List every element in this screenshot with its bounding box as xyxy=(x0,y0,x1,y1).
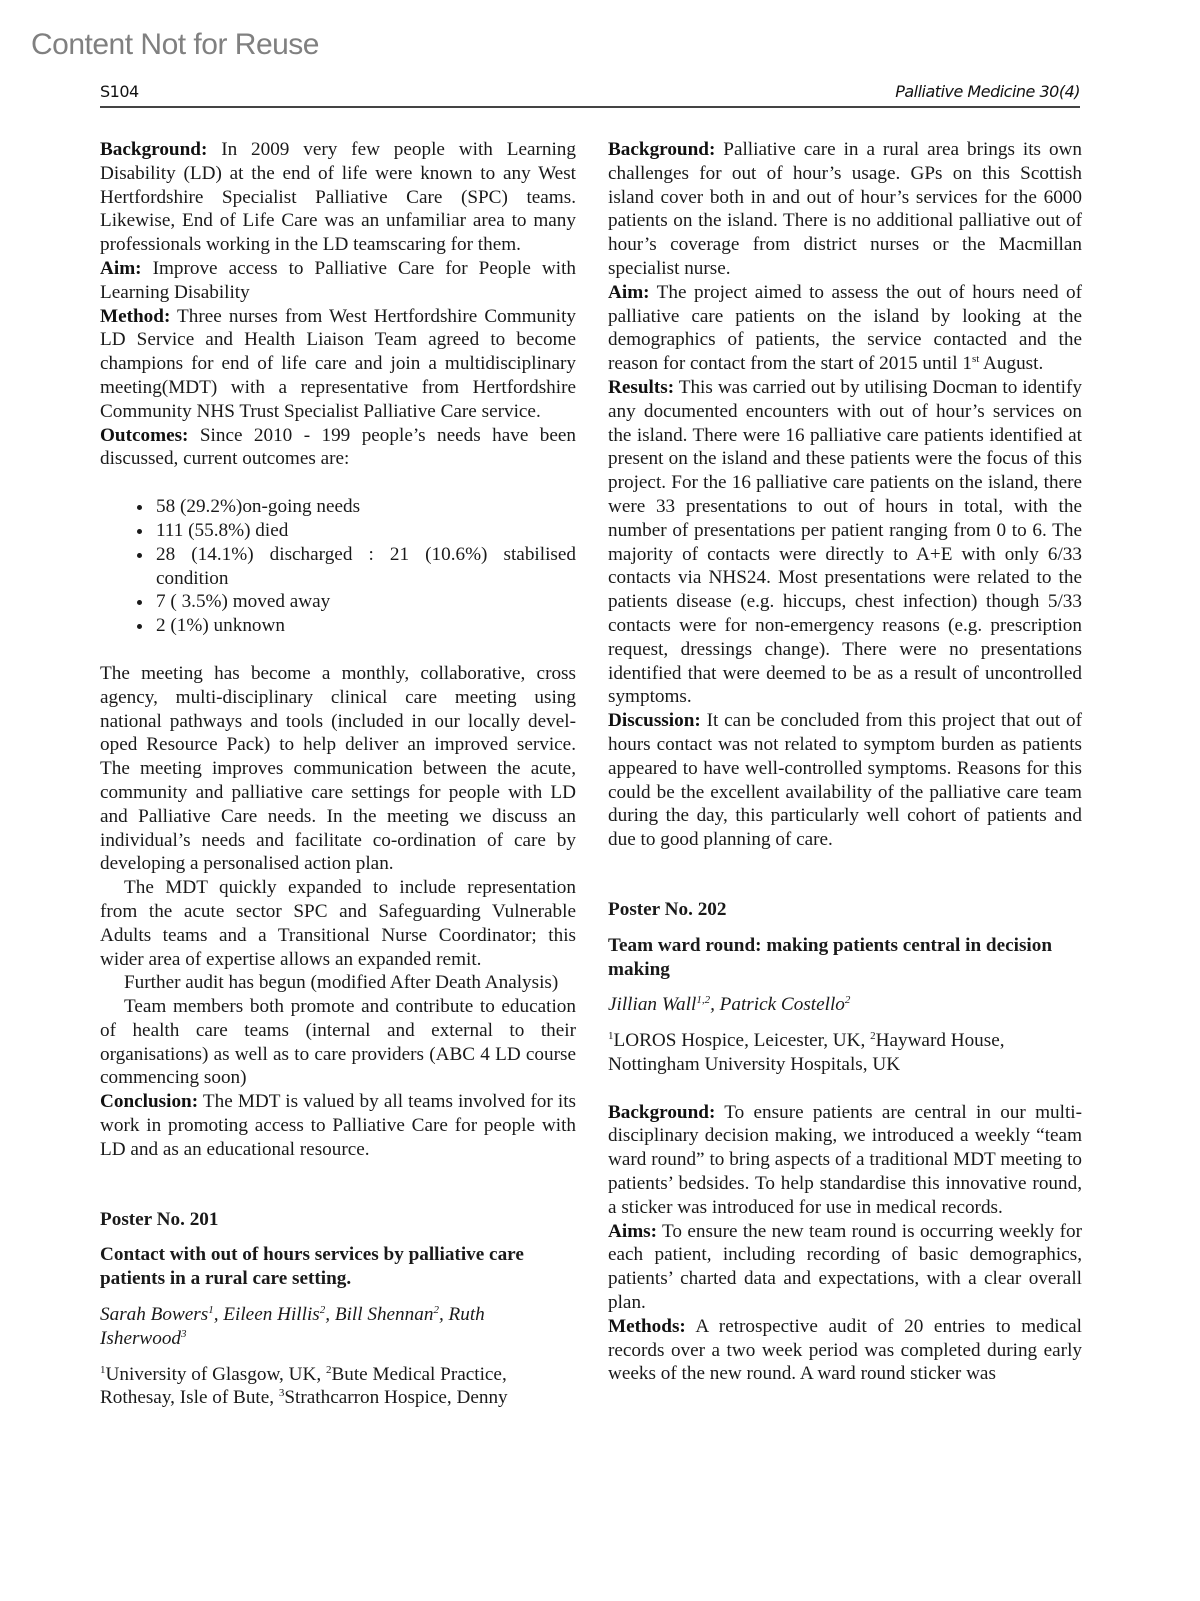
conclusion-section: Conclusion: The MDT is valued by all tea… xyxy=(100,1090,576,1161)
section-label: Aim: xyxy=(100,258,142,279)
team-paragraph: Team members both promote and contribute… xyxy=(100,995,576,1090)
author-name: Eileen Hillis xyxy=(223,1304,319,1325)
section-label: Background: xyxy=(100,139,207,160)
background-section: Background: To ensure patients are centr… xyxy=(608,1101,1082,1220)
section-label: Method: xyxy=(100,306,170,327)
section-label: Conclusion: xyxy=(100,1091,198,1112)
outcomes-section: Outcomes: Since 2010 - 199 people’s need… xyxy=(100,424,576,472)
section-text: This was carried out by utilising Docman… xyxy=(608,377,1082,707)
separator: , xyxy=(214,1304,224,1325)
list-item: 28 (14.1%) discharged : 21 (10.6%) stabi… xyxy=(154,543,576,591)
section-text: Improve access to Palliative Care for Pe… xyxy=(100,258,576,303)
author-affil-mark: 2 xyxy=(845,994,851,1006)
section-text: August. xyxy=(979,353,1043,374)
affiliations: 1LOROS Hospice, Leicester, UK, 2Hayward … xyxy=(608,1029,1082,1077)
background-section: Background: Palliative care in a rural a… xyxy=(608,138,1082,281)
poster-number: Poster No. 202 xyxy=(608,898,1082,922)
methods-section: Methods: A retrospective audit of 20 ent… xyxy=(608,1315,1082,1386)
author-affil-mark: 1,2 xyxy=(696,994,710,1006)
author-list: Jillian Wall1,2, Patrick Costello2 xyxy=(608,993,1082,1017)
section-label: Outcomes: xyxy=(100,425,188,446)
list-item: 58 (29.2%)on-going needs xyxy=(154,495,576,519)
affil-text: Strathcarron Hospice, Denny xyxy=(284,1387,507,1408)
list-item: 2 (1%) unknown xyxy=(154,614,576,638)
left-column: Background: In 2009 very few people with… xyxy=(100,138,576,1410)
audit-paragraph: Further audit has begun (modified After … xyxy=(100,971,576,995)
outcomes-list: 58 (29.2%)on-going needs 111 (55.8%) die… xyxy=(100,495,576,638)
author-name: Patrick Costello xyxy=(720,994,845,1015)
method-section: Method: Three nurses from West Hertfords… xyxy=(100,305,576,424)
section-label: Discussion: xyxy=(608,710,701,731)
author-affil-mark: 3 xyxy=(181,1328,187,1340)
section-text: Three nurses from West Hertfordshire Com… xyxy=(100,306,576,422)
aim-section: Aim: The project aimed to assess the out… xyxy=(608,281,1082,376)
author-name: Sarah Bowers xyxy=(100,1304,208,1325)
affiliations: 1University of Glasgow, UK, 2Bute Medica… xyxy=(100,1363,576,1411)
section-text: To ensure the new team round is occurrin… xyxy=(608,1221,1082,1313)
affil-text: LOROS Hospice, Leicester, UK, xyxy=(614,1030,871,1051)
results-section: Results: This was carried out by utilisi… xyxy=(608,376,1082,709)
author-name: Bill Shennan xyxy=(335,1304,434,1325)
aims-section: Aims: To ensure the new team round is oc… xyxy=(608,1220,1082,1315)
poster-number: Poster No. 201 xyxy=(100,1208,576,1232)
mdt-paragraph: The MDT quickly expanded to include repr… xyxy=(100,876,576,971)
journal-title: Palliative Medicine 30(4) xyxy=(895,82,1080,101)
spacer xyxy=(608,1077,1082,1101)
aim-section: Aim: Improve access to Palliative Care f… xyxy=(100,257,576,305)
watermark: Content Not for Reuse xyxy=(31,28,319,62)
running-head: S104 Palliative Medicine 30(4) xyxy=(100,80,1080,108)
poster-title: Team ward round: making patients central… xyxy=(608,934,1082,982)
section-label: Background: xyxy=(608,1102,715,1123)
separator: , xyxy=(325,1304,335,1325)
spacer xyxy=(608,852,1082,898)
spacer xyxy=(100,1162,576,1208)
right-column: Background: Palliative care in a rural a… xyxy=(608,138,1082,1386)
section-label: Background: xyxy=(608,139,715,160)
section-label: Results: xyxy=(608,377,674,398)
page-number: S104 xyxy=(100,82,139,101)
author-list: Sarah Bowers1, Eileen Hillis2, Bill Shen… xyxy=(100,1303,576,1351)
affil-text: University of Glasgow, UK, xyxy=(106,1364,326,1385)
background-section: Background: In 2009 very few people with… xyxy=(100,138,576,257)
list-item: 111 (55.8%) died xyxy=(154,519,576,543)
section-label: Aim: xyxy=(608,282,650,303)
author-name: Jillian Wall xyxy=(608,994,696,1015)
poster-title: Contact with out of hours services by pa… xyxy=(100,1243,576,1291)
separator: , xyxy=(439,1304,449,1325)
list-item: 7 ( 3.5%) moved away xyxy=(154,590,576,614)
section-label: Methods: xyxy=(608,1316,686,1337)
section-label: Aims: xyxy=(608,1221,657,1242)
separator: , xyxy=(710,994,720,1015)
discussion-section: Discussion: It can be concluded from thi… xyxy=(608,709,1082,852)
meeting-paragraph: The meeting has become a monthly, collab… xyxy=(100,662,576,876)
